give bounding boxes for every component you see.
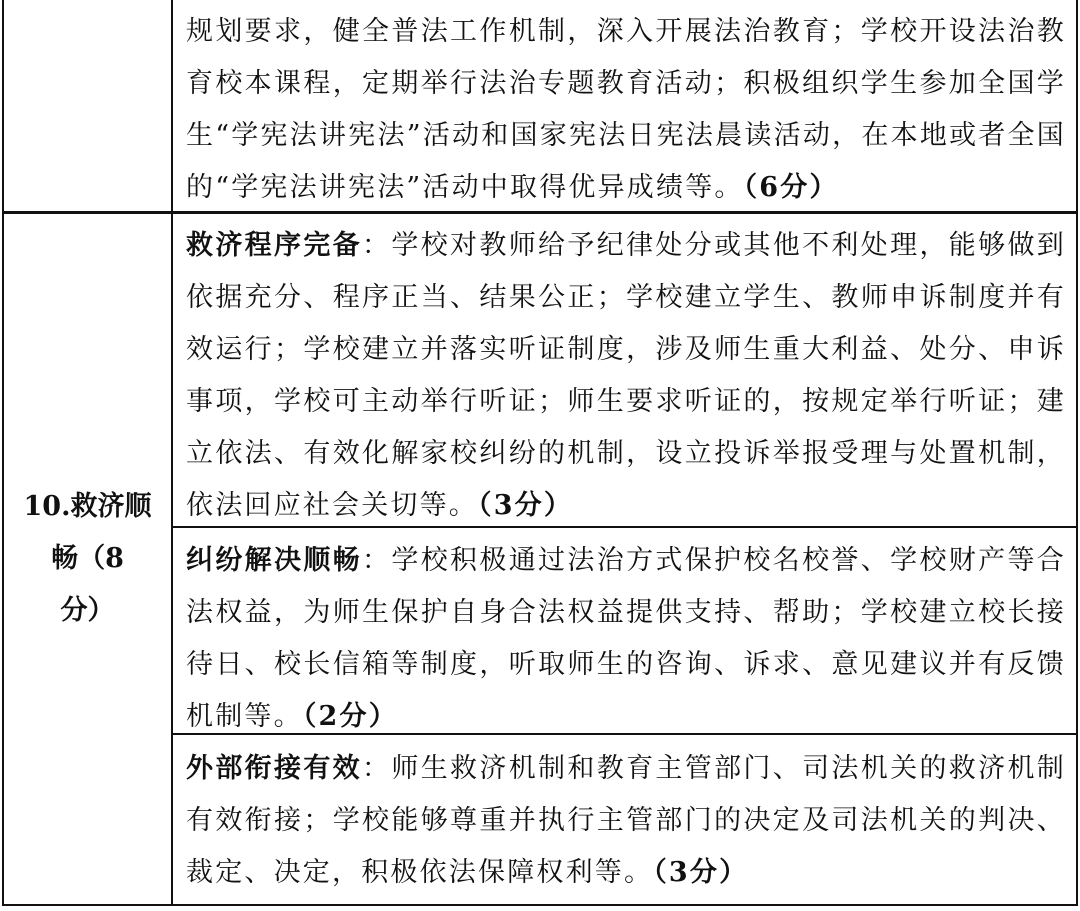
item-score: （3分） (478, 490, 573, 521)
item-text: 规划要求，健全普法工作机制，深入开展法治教育；学校开设法治教育校本课程，定期举行… (186, 16, 1066, 203)
category-line: 10.救济顺 (4, 481, 171, 533)
criteria-item-external-linkage: 外部衔接有效：师生救济机制和教育主管部门、司法机关的救济机制有效衔接；学校能够尊… (186, 743, 1066, 899)
item-text: ：学校对教师给予纪律处分或其他不利处理，能够做到依据充分、程序正当、结果公正；学… (186, 230, 1066, 521)
item-title: 纠纷解决顺畅 (186, 545, 362, 576)
criteria-text-continued: 规划要求，健全普法工作机制，深入开展法治教育；学校开设法治教育校本课程，定期举行… (186, 6, 1066, 214)
item-title: 救济程序完备 (186, 230, 362, 261)
category-line: 分） (4, 585, 171, 637)
item-score: （6分） (744, 172, 839, 203)
column-divider (171, 0, 173, 904)
item-score: （3分） (653, 857, 748, 888)
item-score: （2分） (303, 701, 398, 732)
category-line: 畅（8 (4, 533, 171, 585)
criteria-item-dispute-resolution: 纠纷解决顺畅：学校积极通过法治方式保护校名校誉、学校财产等合法权益，为师生保护自… (186, 535, 1066, 743)
criteria-item-remedy-procedure: 救济程序完备：学校对教师给予纪律处分或其他不利处理，能够做到依据充分、程序正当、… (186, 220, 1066, 532)
category-label: 10.救济顺 畅（8 分） (4, 481, 171, 637)
evaluation-table: 规划要求，健全普法工作机制，深入开展法治教育；学校开设法治教育校本课程，定期举行… (2, 0, 1078, 906)
item-title: 外部衔接有效 (186, 753, 362, 784)
